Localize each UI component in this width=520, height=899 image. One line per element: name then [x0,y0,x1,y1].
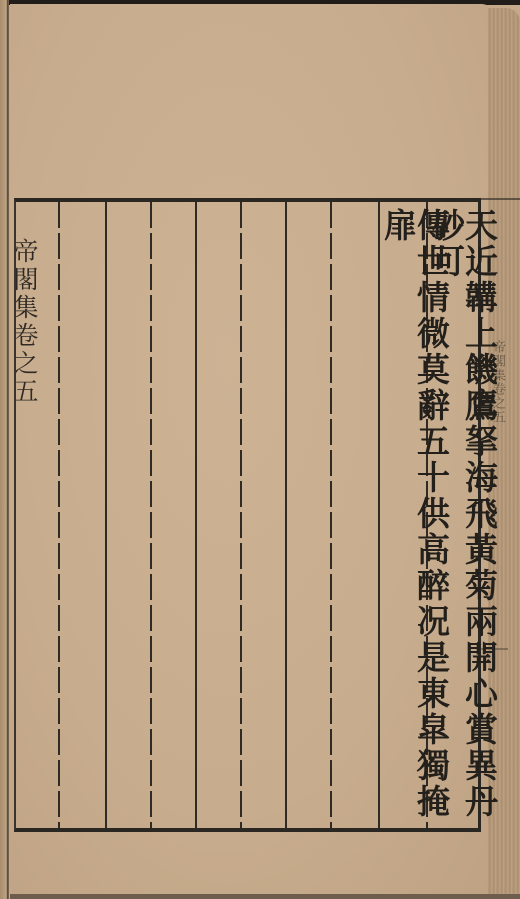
column-rule [240,202,242,828]
text-frame: 天近韝上饑鷹拏海飛黃菊兩開心賞異丹砂可 傳世情微莫辭五十供高醉况是東皐獨掩扉 [14,198,481,832]
scan-bottom-edge [10,894,520,899]
column-rule [105,202,107,828]
fold-mark-top [476,198,520,200]
text-column-2: 傳世情微莫辭五十供高醉况是東皐獨掩扉 [382,208,448,828]
column-rule [378,202,380,828]
scanned-book-page: 帝閣集卷之五 帝閣集卷之五 天近韝上饑鷹拏海飛黃菊兩開心賞異丹砂可 傳世情微莫辭… [0,0,520,899]
book-gutter [0,0,9,899]
column-rule [58,202,60,828]
column-rule [285,202,287,828]
column-rule [150,202,152,828]
column-rule [330,202,332,828]
column-rule [195,202,197,828]
